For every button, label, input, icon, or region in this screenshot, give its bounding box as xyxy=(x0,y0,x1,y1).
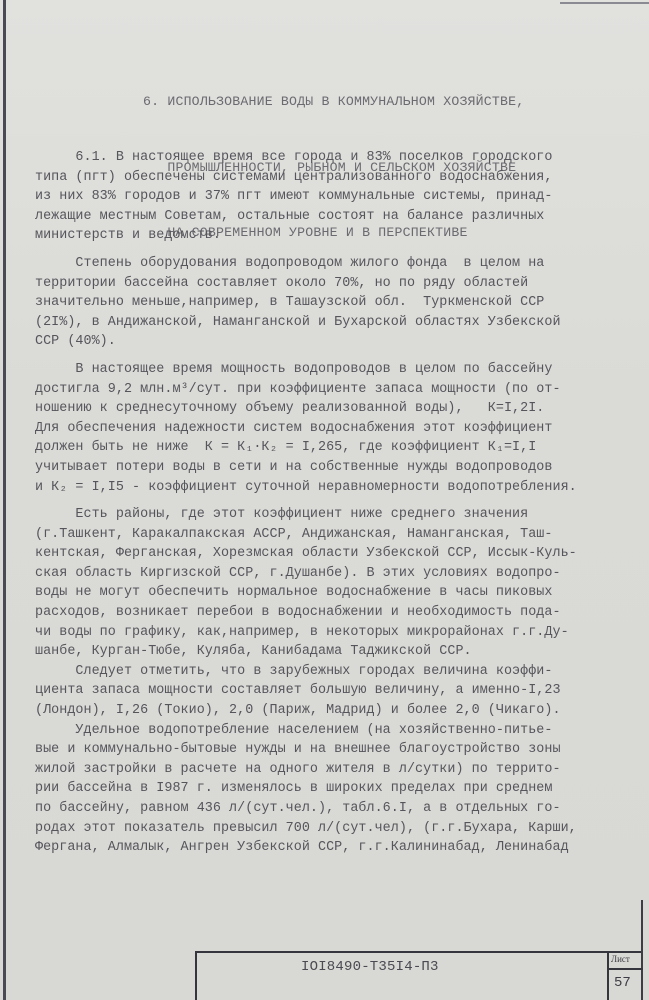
text-line: министерств и ведомств. xyxy=(35,226,635,246)
text-line: ношению к среднесуточному объему реализо… xyxy=(35,399,635,419)
heading-line: 6. ИСПОЛЬЗОВАНИЕ ВОДЫ В КОММУНАЛЬНОМ ХОЗ… xyxy=(143,90,603,110)
text-line: Степень оборудования водопроводом жилого… xyxy=(35,254,635,274)
text-line: 6.1. В настоящее время все города и 83% … xyxy=(35,148,635,168)
text-line: Есть районы, где этот коэффициент ниже с… xyxy=(35,505,635,525)
paragraph-water-supply-degree: Степень оборудования водопроводом жилого… xyxy=(35,254,635,352)
sheet-divider xyxy=(609,968,643,970)
text-line: циента запаса мощности составляет большу… xyxy=(35,681,635,701)
title-block: IOI8490-T35I4-П3 Лист 57 xyxy=(195,951,641,1000)
text-line: рии бассейна в I987 г. изменялось в широ… xyxy=(35,779,635,799)
paragraph-capacity: В настоящее время мощность водопроводов … xyxy=(35,360,635,497)
body-text: 6.1. В настоящее время все города и 83% … xyxy=(35,148,635,858)
text-line: Фергана, Алмалык, Ангрен Узбекской ССР, … xyxy=(35,838,635,858)
text-line: шанбе, Курган-Тюбе, Куляба, Канибадама Т… xyxy=(35,642,635,662)
sheet-number: 57 xyxy=(614,975,631,991)
text-line: типа (пгт) обеспечены системами централи… xyxy=(35,168,635,188)
text-line: В настоящее время мощность водопроводов … xyxy=(35,360,635,380)
paragraph-specific-consumption: Удельное водопотребление населением (на … xyxy=(35,721,635,858)
sheet-label: Лист xyxy=(611,954,630,964)
text-line: воды не могут обеспечить нормальное водо… xyxy=(35,583,635,603)
text-line: жилой застройки в расчете на одного жите… xyxy=(35,760,635,780)
text-line: ССР (40%). xyxy=(35,332,635,352)
document-code: IOI8490-T35I4-П3 xyxy=(301,959,439,975)
text-line: (Лондон), I,26 (Токио), 2,0 (Париж, Мадр… xyxy=(35,701,635,721)
text-line: Следует отметить, что в зарубежных город… xyxy=(35,662,635,682)
text-line: Удельное водопотребление населением (на … xyxy=(35,721,635,741)
text-line: должен быть не ниже К = К₁·К₂ = I,265, г… xyxy=(35,438,635,458)
text-line: расходов, возникает перебои в водоснабже… xyxy=(35,603,635,623)
document-page: 6. ИСПОЛЬЗОВАНИЕ ВОДЫ В КОММУНАЛЬНОМ ХОЗ… xyxy=(0,0,649,1000)
text-line: значительно меньше,например, в Ташаузско… xyxy=(35,293,635,313)
frame-border-right xyxy=(641,900,643,1000)
text-line: территории бассейна составляет около 70%… xyxy=(35,274,635,294)
text-line: лежащие местным Советам, остальные состо… xyxy=(35,207,635,227)
text-line: достигла 9,2 млн.м³/сут. при коэффициент… xyxy=(35,380,635,400)
text-line: ская область Киргизской ССР, г.Душанбе).… xyxy=(35,564,635,584)
text-line: чи воды по графику, как,например, в неко… xyxy=(35,623,635,643)
text-line: вые и коммунально-бытовые нужды и на вне… xyxy=(35,740,635,760)
paragraph-low-coefficient-regions: Есть районы, где этот коэффициент ниже с… xyxy=(35,505,635,662)
text-line: (г.Ташкент, Каракалпакская АССР, Андижан… xyxy=(35,525,635,545)
text-line: (2I%), в Андижанской, Наманганской и Бух… xyxy=(35,313,635,333)
text-line: родах этот показатель превысил 700 л/(су… xyxy=(35,819,635,839)
sheet-cell: Лист 57 xyxy=(607,951,641,1000)
frame-border-left xyxy=(3,0,6,1000)
frame-border-top xyxy=(560,2,649,4)
paragraph-6-1: 6.1. В настоящее время все города и 83% … xyxy=(35,148,635,246)
text-line: по бассейну, равном 436 л/(сут.чел.), та… xyxy=(35,799,635,819)
text-line: учитывает потери воды в сети и на собств… xyxy=(35,458,635,478)
paragraph-foreign-cities: Следует отметить, что в зарубежных город… xyxy=(35,662,635,721)
text-line: и К₂ = I,I5 - коэффициент суточной нерав… xyxy=(35,478,635,498)
text-line: Для обеспечения надежности систем водосн… xyxy=(35,419,635,439)
text-line: кентская, Ферганская, Хорезмская области… xyxy=(35,544,635,564)
text-line: из них 83% городов и 37% пгт имеют комму… xyxy=(35,187,635,207)
